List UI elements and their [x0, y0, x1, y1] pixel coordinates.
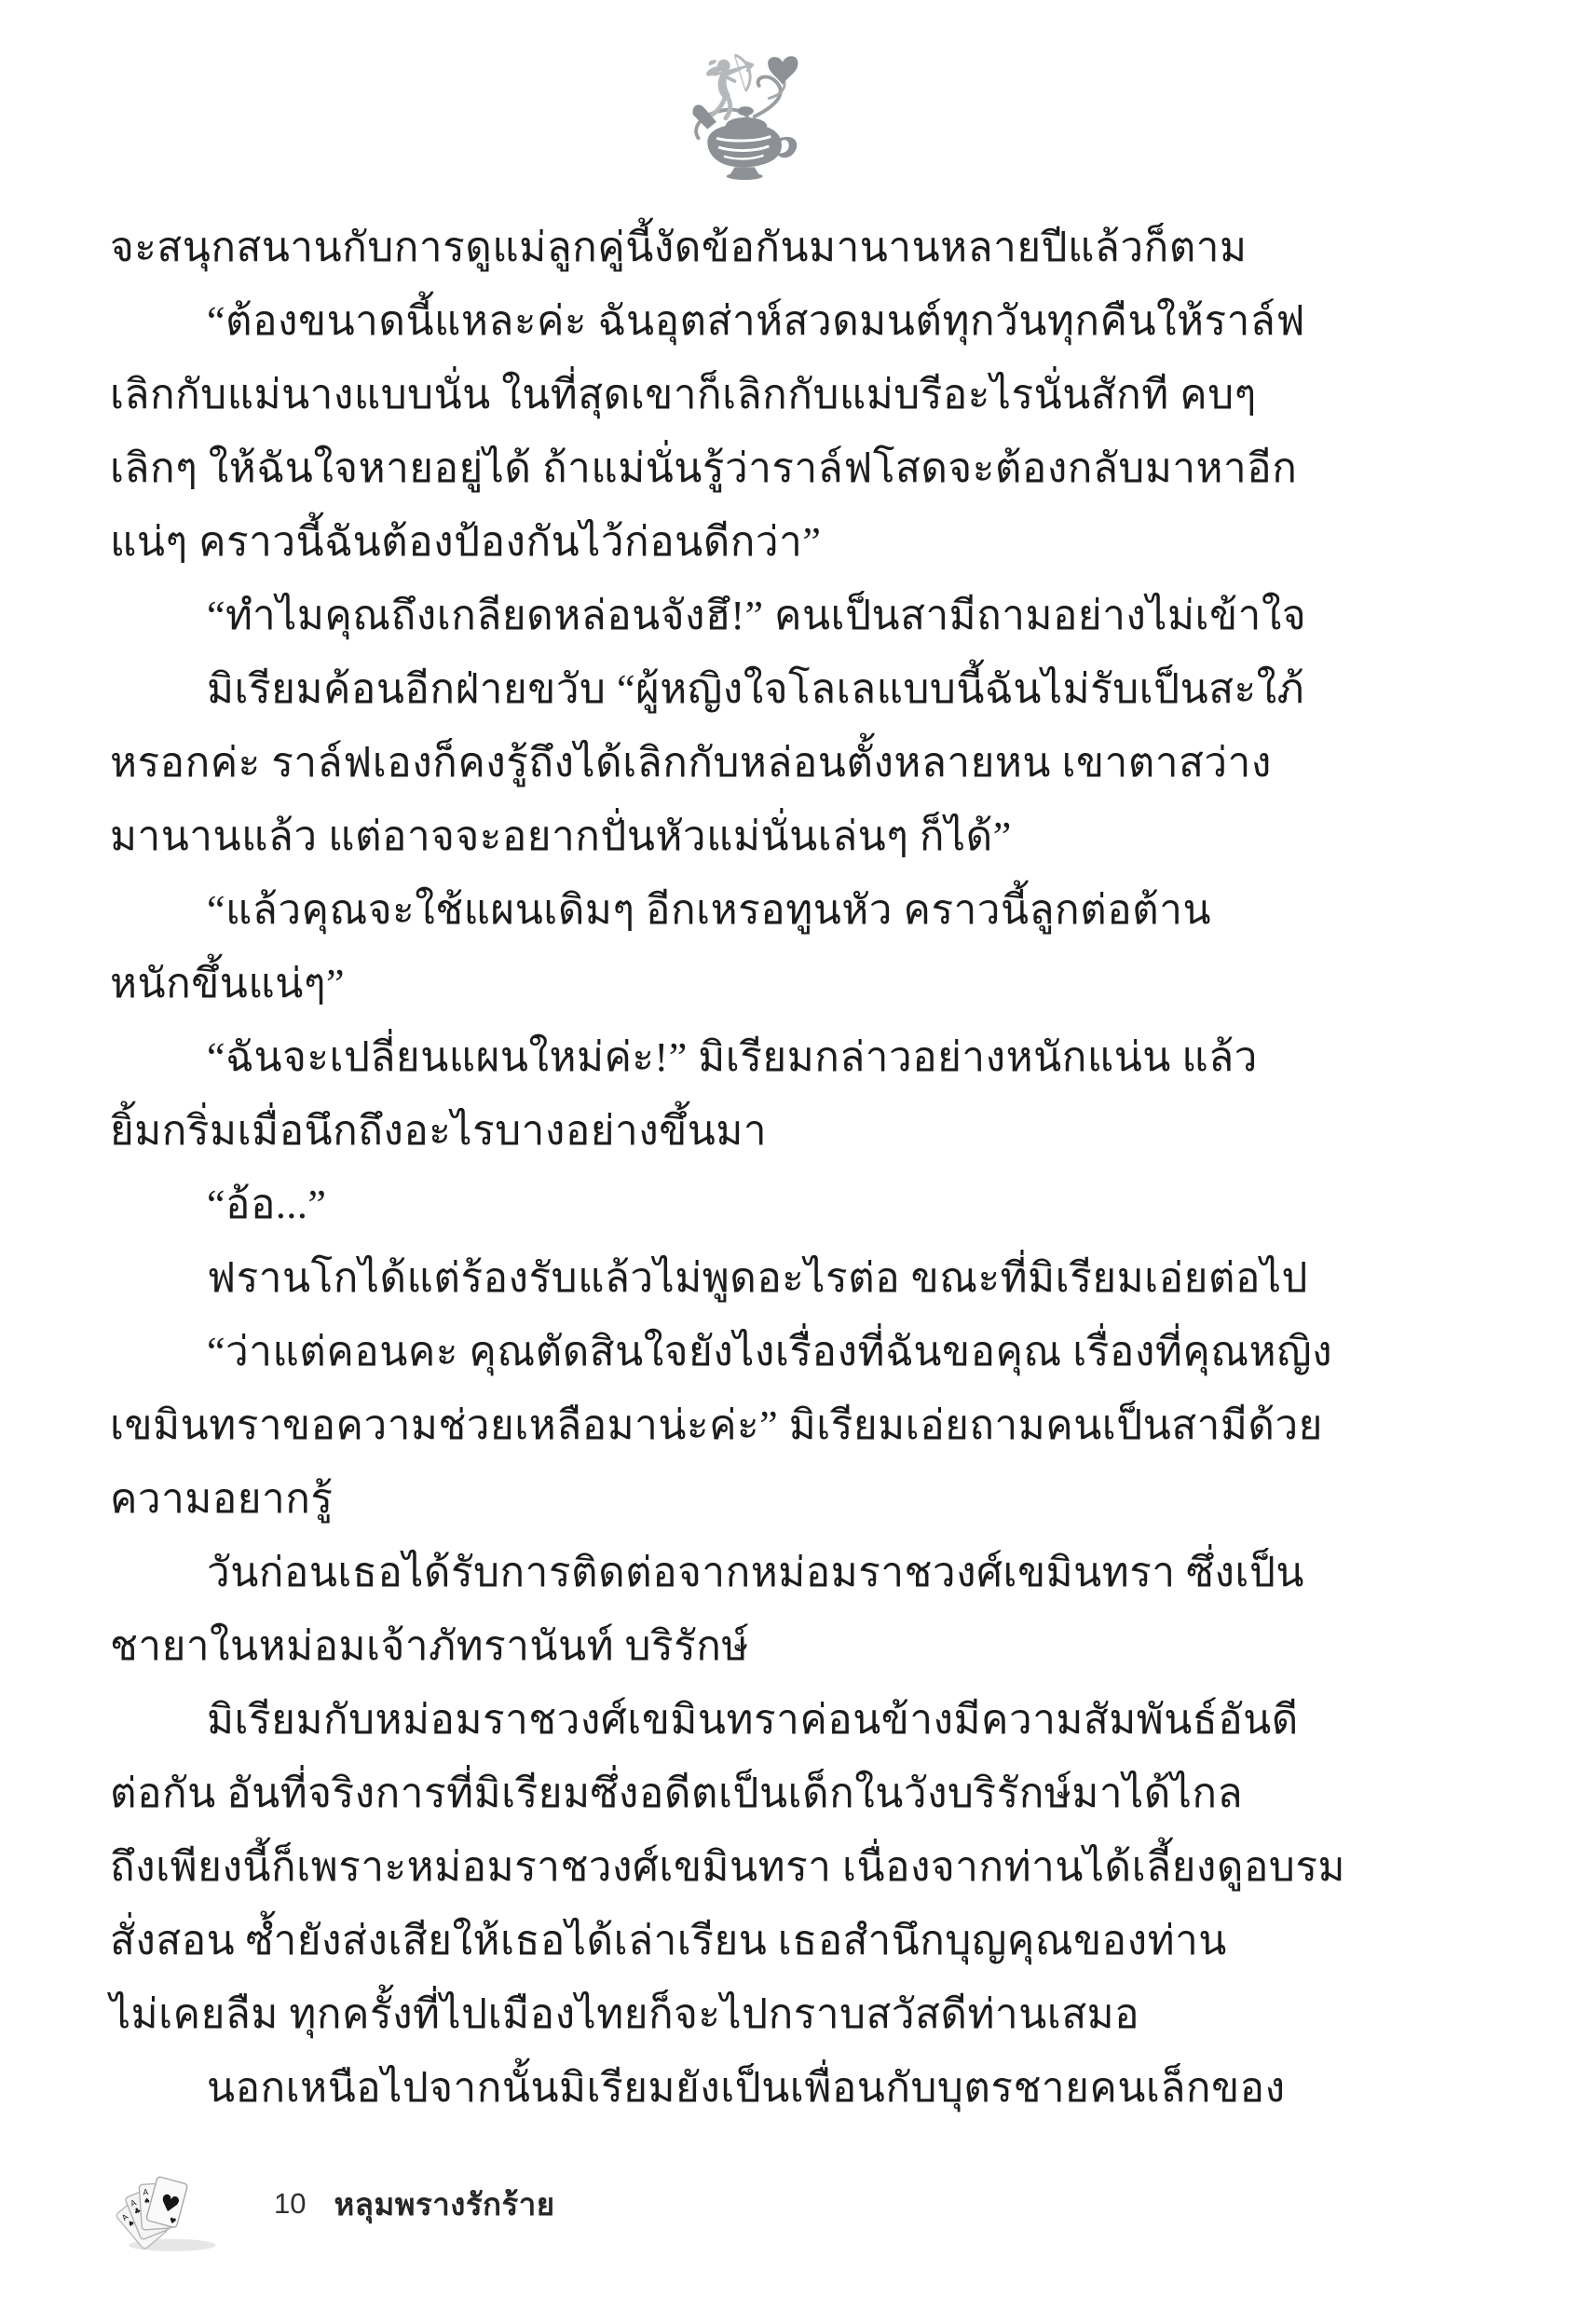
text-line: มิเรียมค้อนอีกฝ่ายขวับ “ผู้หญิงใจโลเลแบบ…: [110, 652, 1500, 726]
text-line: “ว่าแต่คอนคะ คุณตัดสินใจยังไงเรื่องที่ฉั…: [110, 1315, 1500, 1388]
text-line: เขมินทราขอความช่วยเหลือมาน่ะค่ะ” มิเรียม…: [110, 1388, 1500, 1462]
text-line: ต่อกัน อันที่จริงการที่มิเรียมซึ่งอดีตเป…: [110, 1757, 1500, 1830]
text-line: เลิกกับแม่นางแบบนั่น ในที่สุดเขาก็เลิกกั…: [110, 358, 1500, 431]
text-line: ฟรานโกได้แต่ร้องรับแล้วไม่พูดอะไรต่อ ขณะ…: [110, 1241, 1500, 1315]
text-line: “ฉันจะเปลี่ยนแผนใหม่ค่ะ!” มิเรียมกล่าวอย…: [110, 1020, 1500, 1094]
page-number: 10: [274, 2187, 306, 2234]
text-line: สั่งสอน ซ้ำยังส่งเสียให้เธอได้เล่าเรียน …: [110, 1904, 1500, 1977]
book-page: { "page": { "number": "10", "book_title"…: [0, 0, 1596, 2311]
text-line: ถึงเพียงนี้ก็เพราะหม่อมราชวงศ์เขมินทรา เ…: [110, 1830, 1500, 1904]
text-line: จะสนุกสนานกับการดูแม่ลูกคู่นี้งัดข้อกันม…: [110, 211, 1500, 284]
text-line: ชายาในหม่อมเจ้าภัทรานันท์ บริรักษ์: [110, 1609, 1500, 1683]
text-line: ไม่เคยลืม ทุกครั้งที่ไปเมืองไทยก็จะไปกรา…: [110, 1977, 1500, 2051]
text-line: วันก่อนเธอได้รับการติดต่อจากหม่อมราชวงศ์…: [110, 1536, 1500, 1609]
text-line: หนักขึ้นแน่ๆ”: [110, 947, 1500, 1020]
book-title: หลุมพรางรักร้าย: [334, 2180, 554, 2242]
text-line: ยิ้มกริ่มเมื่อนึกถึงอะไรบางอย่างขึ้นมา: [110, 1094, 1500, 1168]
text-line: “อ้อ...”: [110, 1168, 1500, 1241]
text-line: แน่ๆ คราวนี้ฉันต้องป้องกันไว้ก่อนดีกว่า”: [110, 505, 1500, 579]
playing-cards-icon: A ♠ A ♣ A ♠ ♥ ♥: [104, 2166, 235, 2255]
text-line: มานานแล้ว แต่อาจจะอยากปั่นหัวแม่นั่นเล่น…: [110, 800, 1500, 873]
text-line: “ทำไมคุณถึงเกลียดหล่อนจังฮึ!” คนเป็นสามี…: [110, 579, 1500, 652]
body-text: จะสนุกสนานกับการดูแม่ลูกคู่นี้งัดข้อกันม…: [110, 211, 1500, 2125]
cupid-lamp-ornament-svg: [688, 51, 811, 180]
text-line: “แล้วคุณจะใช้แผนเดิมๆ อีกเหรอทูนหัว คราว…: [110, 873, 1500, 947]
text-line: มิเรียมกับหม่อมราชวงศ์เขมินทราค่อนข้างมี…: [110, 1683, 1500, 1757]
text-line: หรอกค่ะ ราล์ฟเองก็คงรู้ถึงได้เลิกกับหล่อ…: [110, 726, 1500, 800]
text-line: นอกเหนือไปจากนั้นมิเรียมยังเป็นเพื่อนกับ…: [110, 2051, 1500, 2125]
text-line: “ต้องขนาดนี้แหละค่ะ ฉันอุตส่าห์สวดมนต์ทุ…: [110, 284, 1500, 358]
text-line: ความอยากรู้: [110, 1462, 1500, 1536]
cupid-lamp-ornament: [688, 51, 811, 180]
text-line: เลิกๆ ให้ฉันใจหายอยู่ได้ ถ้าแม่นั่นรู้ว่…: [110, 431, 1500, 505]
page-footer: A ♠ A ♣ A ♠ ♥ ♥ 10 หลุมพรางรักร้าย: [104, 2164, 943, 2257]
